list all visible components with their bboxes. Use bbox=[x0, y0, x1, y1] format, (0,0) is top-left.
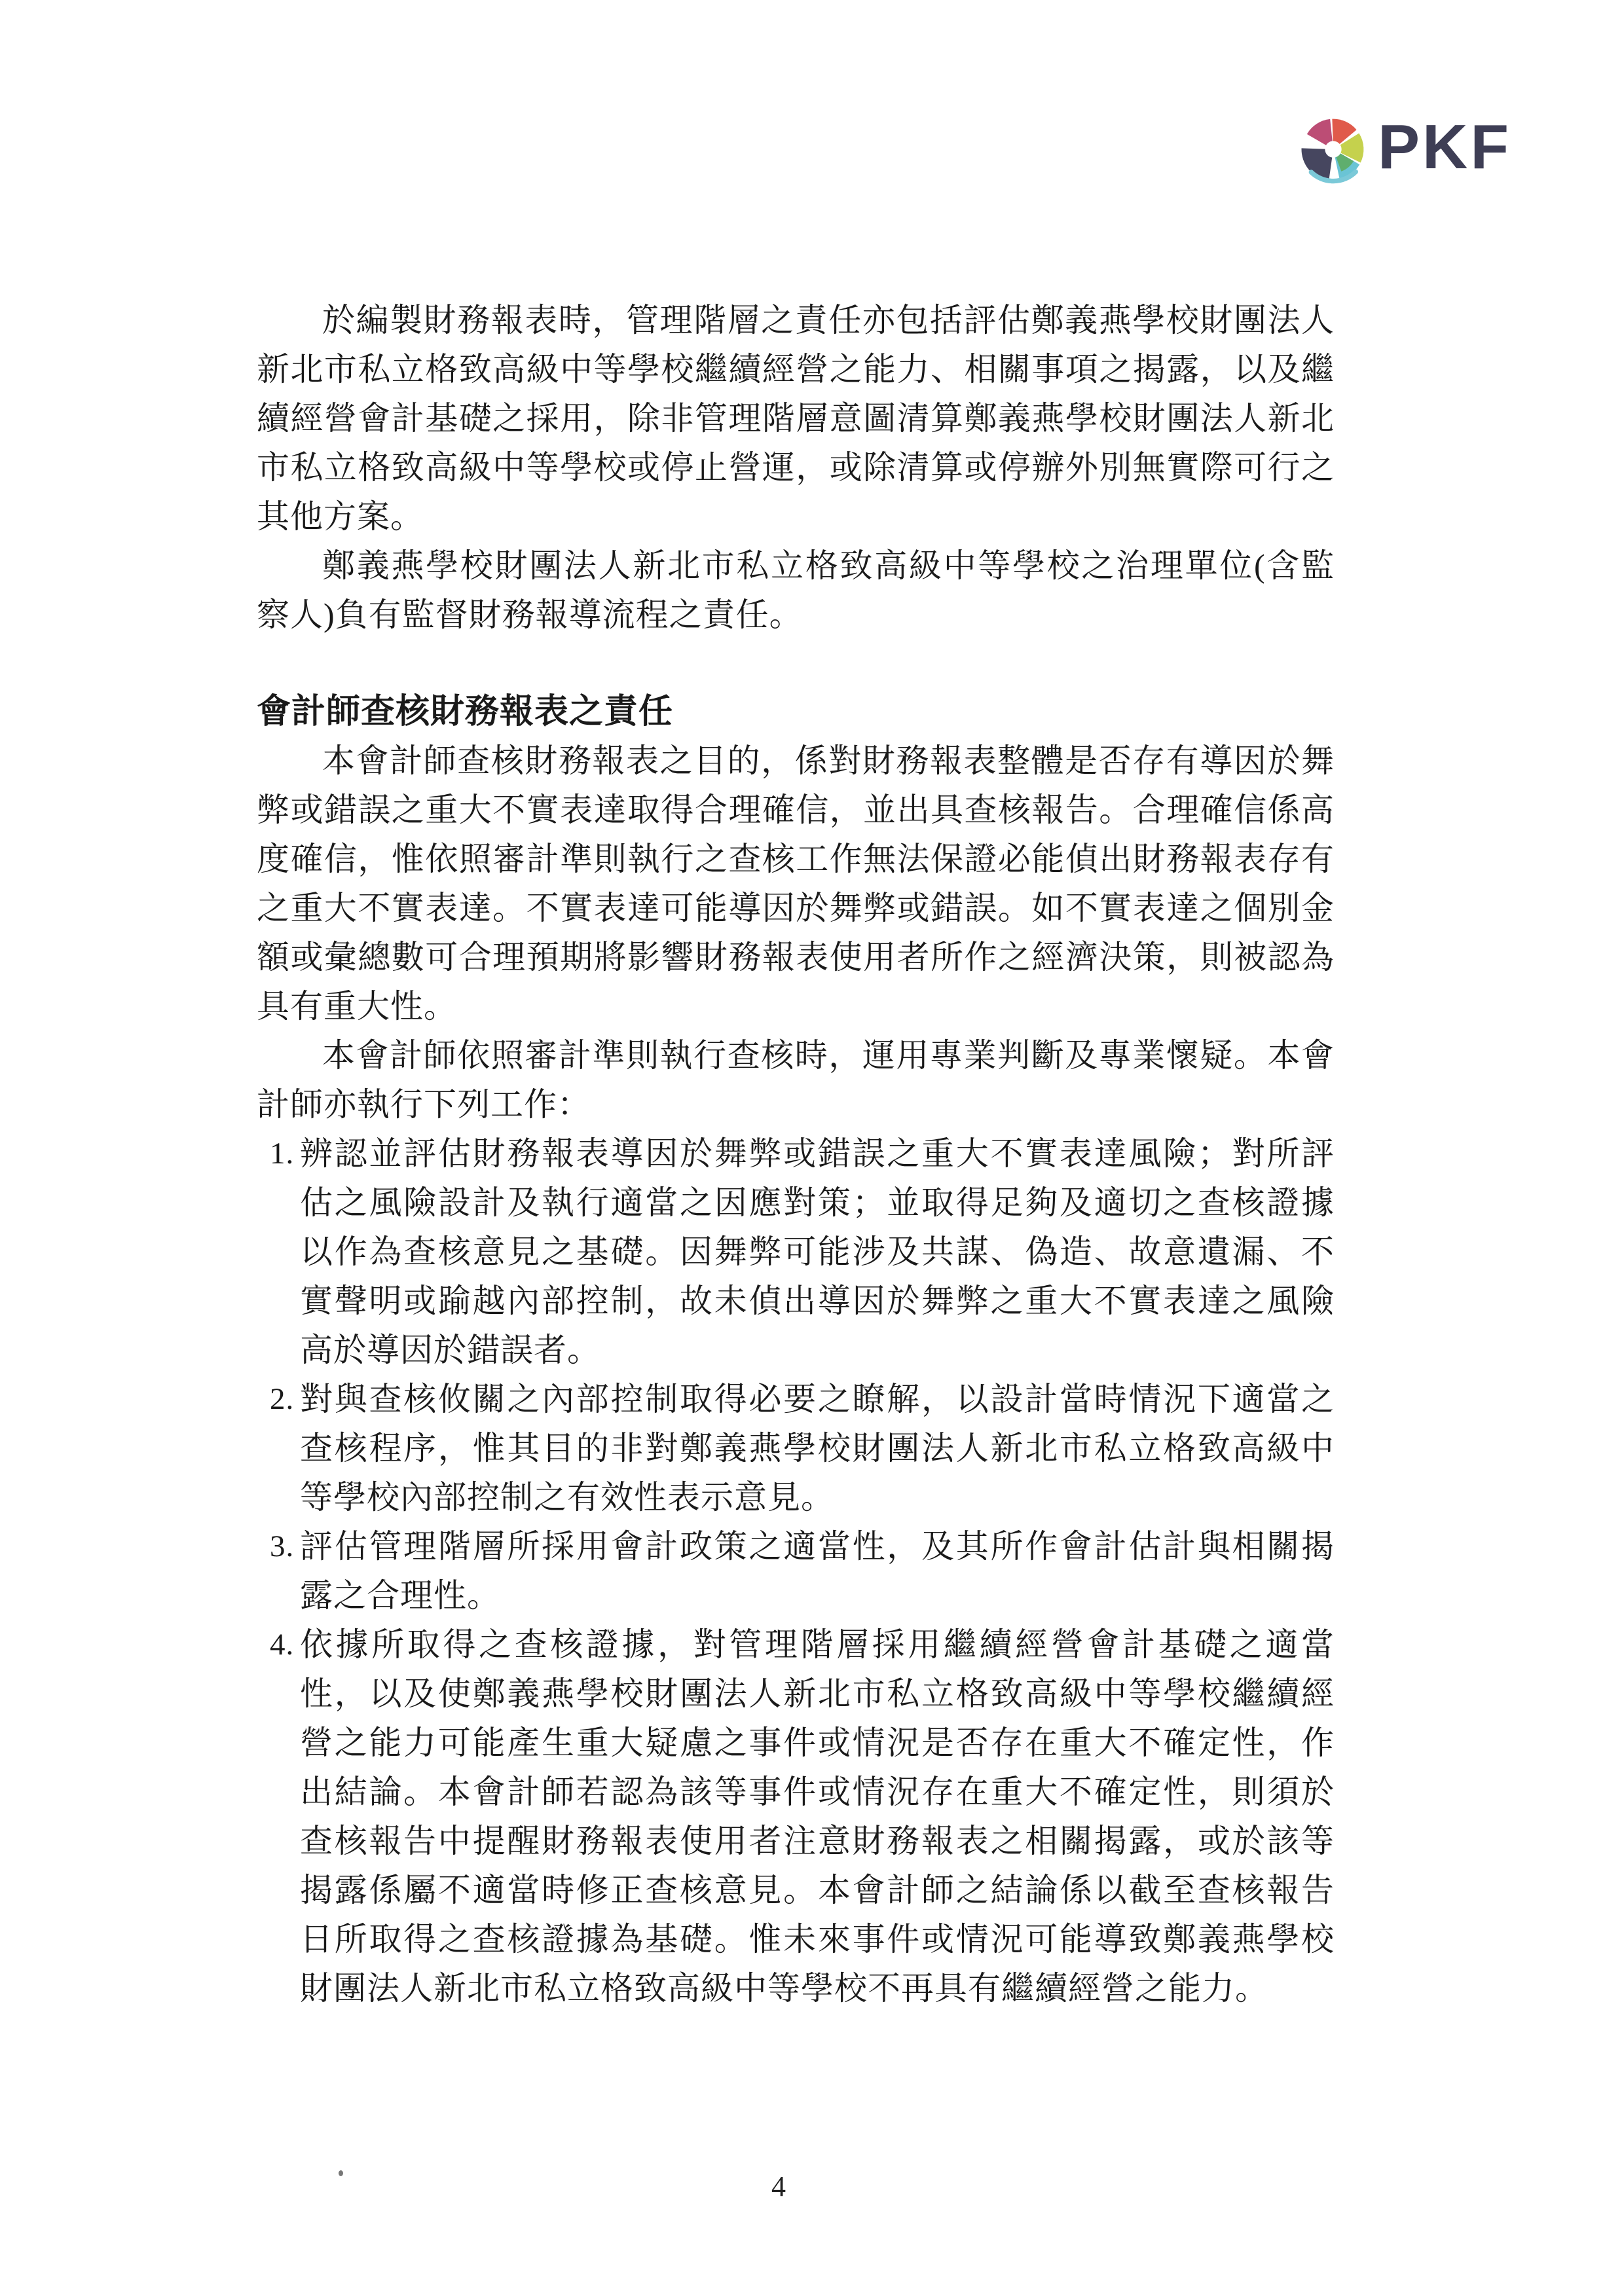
document-page: PKF 於編製財務報表時，管理階層之責任亦包括評估鄭義燕學校財團法人新北市私立格… bbox=[0, 0, 1624, 2296]
list-number-3: 3. bbox=[270, 1522, 294, 1571]
list-item-2: 2. 對與查核攸關之內部控制取得必要之瞭解，以設計當時情況下適當之查核程序，惟其… bbox=[270, 1375, 1335, 1522]
pkf-logo-text: PKF bbox=[1378, 116, 1511, 179]
list-number-1: 1. bbox=[270, 1129, 294, 1178]
list-number-4: 4. bbox=[270, 1620, 294, 1669]
list-item-1: 1. 辨認並評估財務報表導因於舞弊或錯誤之重大不實表達風險；對所評估之風險設計及… bbox=[270, 1129, 1335, 1375]
report-body: 於編製財務報表時，管理階層之責任亦包括評估鄭義燕學校財團法人新北市私立格致高級中… bbox=[257, 296, 1335, 2013]
audit-procedures-list: 1. 辨認並評估財務報表導因於舞弊或錯誤之重大不實表達風險；對所評估之風險設計及… bbox=[257, 1129, 1335, 2013]
page-number: 4 bbox=[771, 2172, 786, 2201]
list-item-2-text: 對與查核攸關之內部控制取得必要之瞭解，以設計當時情況下適當之查核程序，惟其目的非… bbox=[300, 1381, 1335, 1516]
list-item-4: 4. 依據所取得之查核證據，對管理階層採用繼續經營會計基礎之適當性，以及使鄭義燕… bbox=[270, 1620, 1335, 2013]
list-item-3: 3. 評估管理階層所採用會計政策之適當性，及其所作會計估計與相關揭露之合理性。 bbox=[270, 1522, 1335, 1620]
pinwheel-center-hole bbox=[1325, 141, 1341, 157]
paragraph-audit-objective: 本會計師查核財務報表之目的，係對財務報表整體是否存有導因於舞弊或錯誤之重大不實表… bbox=[257, 737, 1335, 1031]
pkf-pinwheel-icon bbox=[1295, 110, 1371, 187]
list-item-1-text: 辨認並評估財務報表導因於舞弊或錯誤之重大不實表達風險；對所評估之風險設計及執行適… bbox=[300, 1135, 1335, 1368]
list-item-4-text: 依據所取得之查核證據，對管理階層採用繼續經營會計基礎之適當性，以及使鄭義燕學校財… bbox=[300, 1626, 1335, 2007]
list-number-2: 2. bbox=[270, 1375, 294, 1424]
paragraph-management-responsibility: 於編製財務報表時，管理階層之責任亦包括評估鄭義燕學校財團法人新北市私立格致高級中… bbox=[257, 296, 1335, 541]
paragraph-professional-judgment: 本會計師依照審計準則執行查核時，運用專業判斷及專業懷疑。本會計師亦執行下列工作： bbox=[257, 1031, 1335, 1129]
scan-speck bbox=[339, 2170, 343, 2176]
paragraph-governance-responsibility: 鄭義燕學校財團法人新北市私立格致高級中等學校之治理單位(含監察人)負有監督財務報… bbox=[257, 541, 1335, 640]
list-item-3-text: 評估管理階層所採用會計政策之適當性，及其所作會計估計與相關揭露之合理性。 bbox=[300, 1528, 1335, 1614]
section-heading-auditor-responsibility: 會計師查核財務報表之責任 bbox=[257, 687, 1335, 737]
pkf-logo: PKF bbox=[1295, 110, 1511, 187]
